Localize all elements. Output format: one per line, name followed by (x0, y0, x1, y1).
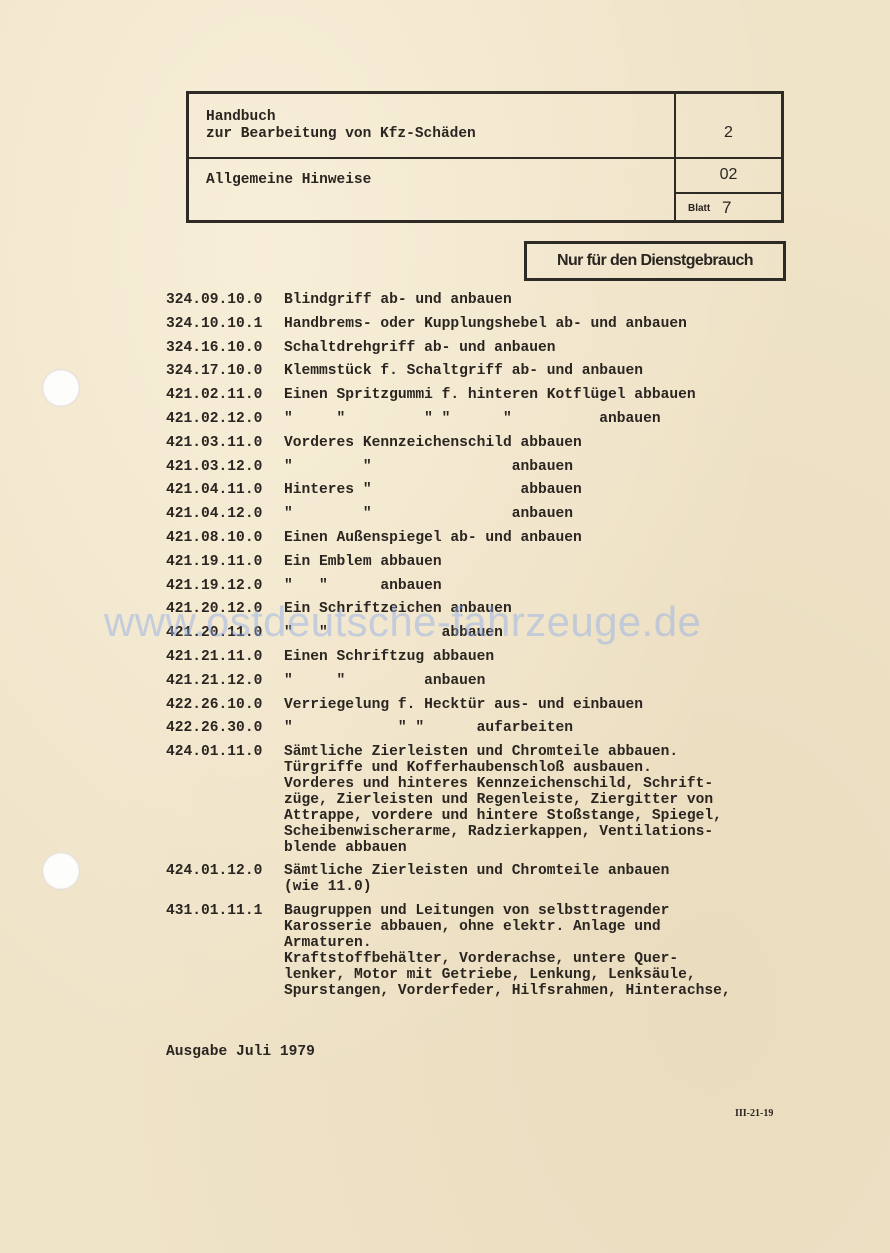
manual-title-line2: zur Bearbeitung von Kfz-Schäden (206, 126, 476, 143)
chapter-number: 2 (676, 124, 781, 142)
operation-description: " " " " " anbauen (284, 408, 661, 432)
operation-code: 421.21.11.0 (166, 646, 284, 670)
list-item: 421.21.11.0Einen Schriftzug abbauen (166, 646, 806, 670)
operation-code: 421.04.12.0 (166, 503, 284, 527)
section-title: Allgemeine Hinweise (206, 172, 371, 189)
title-cell: Handbuch zur Bearbeitung von Kfz-Schäden (189, 94, 676, 159)
operation-description: Sämtliche Zierleisten und Chromteile abb… (284, 741, 722, 860)
operation-code: 421.19.12.0 (166, 575, 284, 599)
operation-code: 324.09.10.0 (166, 289, 284, 313)
operation-code: 421.02.11.0 (166, 384, 284, 408)
operation-code: 422.26.30.0 (166, 717, 284, 741)
operation-code: 324.17.10.0 (166, 360, 284, 384)
operation-description: " " abbauen (284, 622, 503, 646)
list-item: 421.02.12.0" " " " " anbauen (166, 408, 806, 432)
operation-description: Vorderes Kennzeichenschild abbauen (284, 432, 582, 456)
operation-code: 424.01.12.0 (166, 860, 284, 900)
section-number-cell: 02 (676, 159, 781, 194)
list-item: 422.26.30.0" " " aufarbeiten (166, 717, 806, 741)
list-item: 421.19.11.0Ein Emblem abbauen (166, 551, 806, 575)
section-cell: Allgemeine Hinweise (189, 159, 676, 220)
operation-description: Ein Emblem abbauen (284, 551, 442, 575)
operation-code: 421.08.10.0 (166, 527, 284, 551)
operation-description: Blindgriff ab- und anbauen (284, 289, 512, 313)
operation-description: " " anbauen (284, 503, 573, 527)
header-box: Handbuch zur Bearbeitung von Kfz-Schäden… (186, 91, 784, 223)
list-item: 324.09.10.0Blindgriff ab- und anbauen (166, 289, 806, 313)
operation-description: Handbrems- oder Kupplungshebel ab- und a… (284, 313, 687, 337)
punch-hole-bottom (42, 852, 80, 890)
operation-description: Einen Spritzgummi f. hinteren Kotflügel … (284, 384, 696, 408)
list-item: 324.10.10.1Handbrems- oder Kupplungshebe… (166, 313, 806, 337)
operation-description: Einen Außenspiegel ab- und anbauen (284, 527, 582, 551)
operation-description: Baugruppen und Leitungen von selbsttrage… (284, 900, 731, 1003)
operation-code: 421.21.12.0 (166, 670, 284, 694)
list-item: 421.03.12.0" " anbauen (166, 456, 806, 480)
punch-hole-top (42, 369, 80, 407)
operation-code: 421.20.12.0 (166, 598, 284, 622)
list-item: 421.04.11.0Hinteres " abbauen (166, 479, 806, 503)
list-item: 421.21.12.0" " anbauen (166, 670, 806, 694)
classification-stamp: Nur für den Dienstgebrauch (524, 241, 786, 281)
operation-description: Verriegelung f. Hecktür aus- und einbaue… (284, 694, 643, 718)
operation-description: " " anbauen (284, 456, 573, 480)
list-item: 421.04.12.0" " anbauen (166, 503, 806, 527)
document-reference: III-21-19 (735, 1108, 773, 1119)
operation-code: 421.04.11.0 (166, 479, 284, 503)
operation-description: Ein Schriftzeichen anbauen (284, 598, 512, 622)
operation-code: 422.26.10.0 (166, 694, 284, 718)
list-item: 424.01.11.0Sämtliche Zierleisten und Chr… (166, 741, 806, 860)
section-number: 02 (676, 166, 781, 184)
list-item: 431.01.11.1Baugruppen und Leitungen von … (166, 900, 806, 1003)
operation-code: 421.03.12.0 (166, 456, 284, 480)
edition-date: Ausgabe Juli 1979 (166, 1044, 315, 1060)
manual-title-line1: Handbuch (206, 109, 276, 126)
list-item: 421.20.11.0" " abbauen (166, 622, 806, 646)
operation-code: 421.02.12.0 (166, 408, 284, 432)
list-item: 324.16.10.0Schaltdrehgriff ab- und anbau… (166, 337, 806, 361)
operation-description: Klemmstück f. Schaltgriff ab- und anbaue… (284, 360, 643, 384)
list-item: 421.20.12.0Ein Schriftzeichen anbauen (166, 598, 806, 622)
operation-code: 324.16.10.0 (166, 337, 284, 361)
list-item: 421.19.12.0" " anbauen (166, 575, 806, 599)
operation-code: 421.19.11.0 (166, 551, 284, 575)
sheet-cell: Blatt 7 (676, 194, 781, 220)
operation-code: 424.01.11.0 (166, 741, 284, 860)
operation-description: " " anbauen (284, 575, 442, 599)
list-item: 422.26.10.0Verriegelung f. Hecktür aus- … (166, 694, 806, 718)
operation-code: 421.03.11.0 (166, 432, 284, 456)
operation-code: 421.20.11.0 (166, 622, 284, 646)
list-item: 324.17.10.0Klemmstück f. Schaltgriff ab-… (166, 360, 806, 384)
sheet-label: Blatt (688, 203, 710, 214)
operation-description: Einen Schriftzug abbauen (284, 646, 494, 670)
list-item: 421.02.11.0Einen Spritzgummi f. hinteren… (166, 384, 806, 408)
list-item: 424.01.12.0Sämtliche Zierleisten und Chr… (166, 860, 806, 900)
sheet-number: 7 (722, 198, 731, 218)
list-item: 421.08.10.0Einen Außenspiegel ab- und an… (166, 527, 806, 551)
operation-code: 431.01.11.1 (166, 900, 284, 1003)
operation-description: Sämtliche Zierleisten und Chromteile anb… (284, 860, 669, 900)
list-item: 421.03.11.0Vorderes Kennzeichenschild ab… (166, 432, 806, 456)
operation-description: " " anbauen (284, 670, 485, 694)
operation-description: " " " aufarbeiten (284, 717, 573, 741)
operation-code: 324.10.10.1 (166, 313, 284, 337)
operations-list: 324.09.10.0Blindgriff ab- und anbauen324… (166, 289, 806, 1004)
operation-description: Schaltdrehgriff ab- und anbauen (284, 337, 556, 361)
chapter-cell: 2 (676, 94, 781, 159)
operation-description: Hinteres " abbauen (284, 479, 582, 503)
